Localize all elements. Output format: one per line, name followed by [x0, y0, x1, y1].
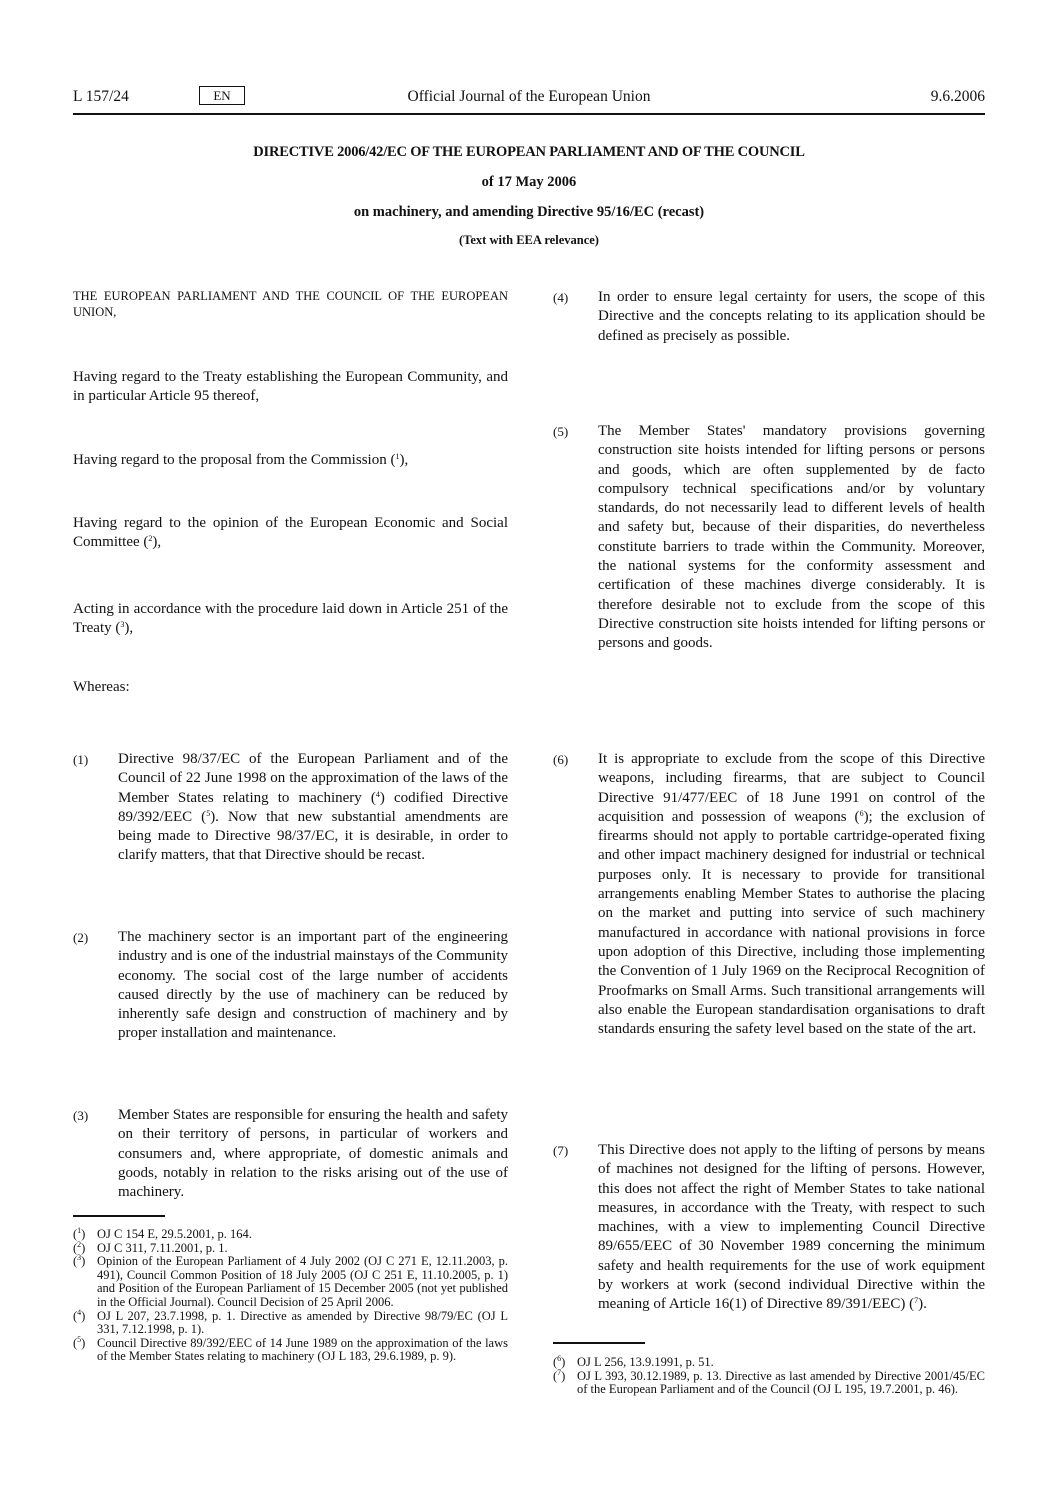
preamble-institutions: THE EUROPEAN PARLIAMENT AND THE COUNCIL … — [73, 288, 508, 320]
footnote-4: (4)OJ L 207, 23.7.1998, p. 1. Directive … — [73, 1310, 508, 1337]
header-divider — [73, 113, 985, 115]
recital-number: (1) — [73, 750, 88, 769]
footnote-1: (1)OJ C 154 E, 29.5.2001, p. 164. — [73, 1228, 508, 1242]
eea-relevance-note: (Text with EEA relevance) — [73, 233, 985, 248]
whereas-label: Whereas: — [73, 678, 508, 697]
right-column: (4) In order to ensure legal certainty f… — [553, 288, 985, 1338]
footnote-divider — [73, 1215, 165, 1217]
recital-number: (5) — [553, 422, 568, 441]
directive-date: of 17 May 2006 — [73, 174, 985, 191]
footnote-5: (5)Council Directive 89/392/EEC of 14 Ju… — [73, 1337, 508, 1364]
recital-1: (1) Directive 98/37/EC of the European P… — [73, 750, 508, 866]
recital-6: (6) It is appropriate to exclude from th… — [553, 750, 985, 1039]
directive-subject: on machinery, and amending Directive 95/… — [73, 204, 985, 221]
recital-text: Member States are responsible for ensuri… — [118, 1106, 508, 1202]
footnotes-left: (1)OJ C 154 E, 29.5.2001, p. 164. (2)OJ … — [73, 1228, 508, 1364]
recital-2: (2) The machinery sector is an important… — [73, 928, 508, 1044]
left-column: THE EUROPEAN PARLIAMENT AND THE COUNCIL … — [73, 288, 508, 1208]
citation-procedure: Acting in accordance with the procedure … — [73, 600, 508, 639]
publication-date: 9.6.2006 — [931, 88, 985, 106]
footnotes-right: (6)OJ L 256, 13.9.1991, p. 51. (7)OJ L 3… — [553, 1356, 985, 1397]
page-header: L 157/24 EN Official Journal of the Euro… — [73, 86, 985, 108]
recital-text: In order to ensure legal certainty for u… — [598, 288, 985, 346]
citation-esc-opinion: Having regard to the opinion of the Euro… — [73, 514, 508, 553]
recital-3: (3) Member States are responsible for en… — [73, 1106, 508, 1202]
directive-title: DIRECTIVE 2006/42/EC OF THE EUROPEAN PAR… — [73, 144, 985, 161]
recital-number: (4) — [553, 288, 568, 307]
footnote-divider — [553, 1342, 645, 1344]
footnote-6: (6)OJ L 256, 13.9.1991, p. 51. — [553, 1356, 985, 1370]
journal-title: Official Journal of the European Union — [73, 88, 985, 106]
recital-number: (3) — [73, 1106, 88, 1125]
recital-text: Directive 98/37/EC of the European Parli… — [118, 750, 508, 866]
footnote-2: (2)OJ C 311, 7.11.2001, p. 1. — [73, 1242, 508, 1256]
recital-number: (2) — [73, 928, 88, 947]
recital-text: The Member States' mandatory provisions … — [598, 422, 985, 654]
footnote-3: (3)Opinion of the European Parliament of… — [73, 1255, 508, 1309]
recital-number: (7) — [553, 1141, 568, 1160]
recital-text: This Directive does not apply to the lif… — [598, 1141, 985, 1315]
recital-text: It is appropriate to exclude from the sc… — [598, 750, 985, 1039]
recital-text: The machinery sector is an important par… — [118, 928, 508, 1044]
recital-number: (6) — [553, 750, 568, 769]
citation-treaty: Having regard to the Treaty establishing… — [73, 368, 508, 407]
citation-commission: Having regard to the proposal from the C… — [73, 451, 508, 470]
recital-4: (4) In order to ensure legal certainty f… — [553, 288, 985, 346]
footnote-7: (7)OJ L 393, 30.12.1989, p. 13. Directiv… — [553, 1370, 985, 1397]
recital-7: (7) This Directive does not apply to the… — [553, 1141, 985, 1315]
recital-5: (5) The Member States' mandatory provisi… — [553, 422, 985, 654]
